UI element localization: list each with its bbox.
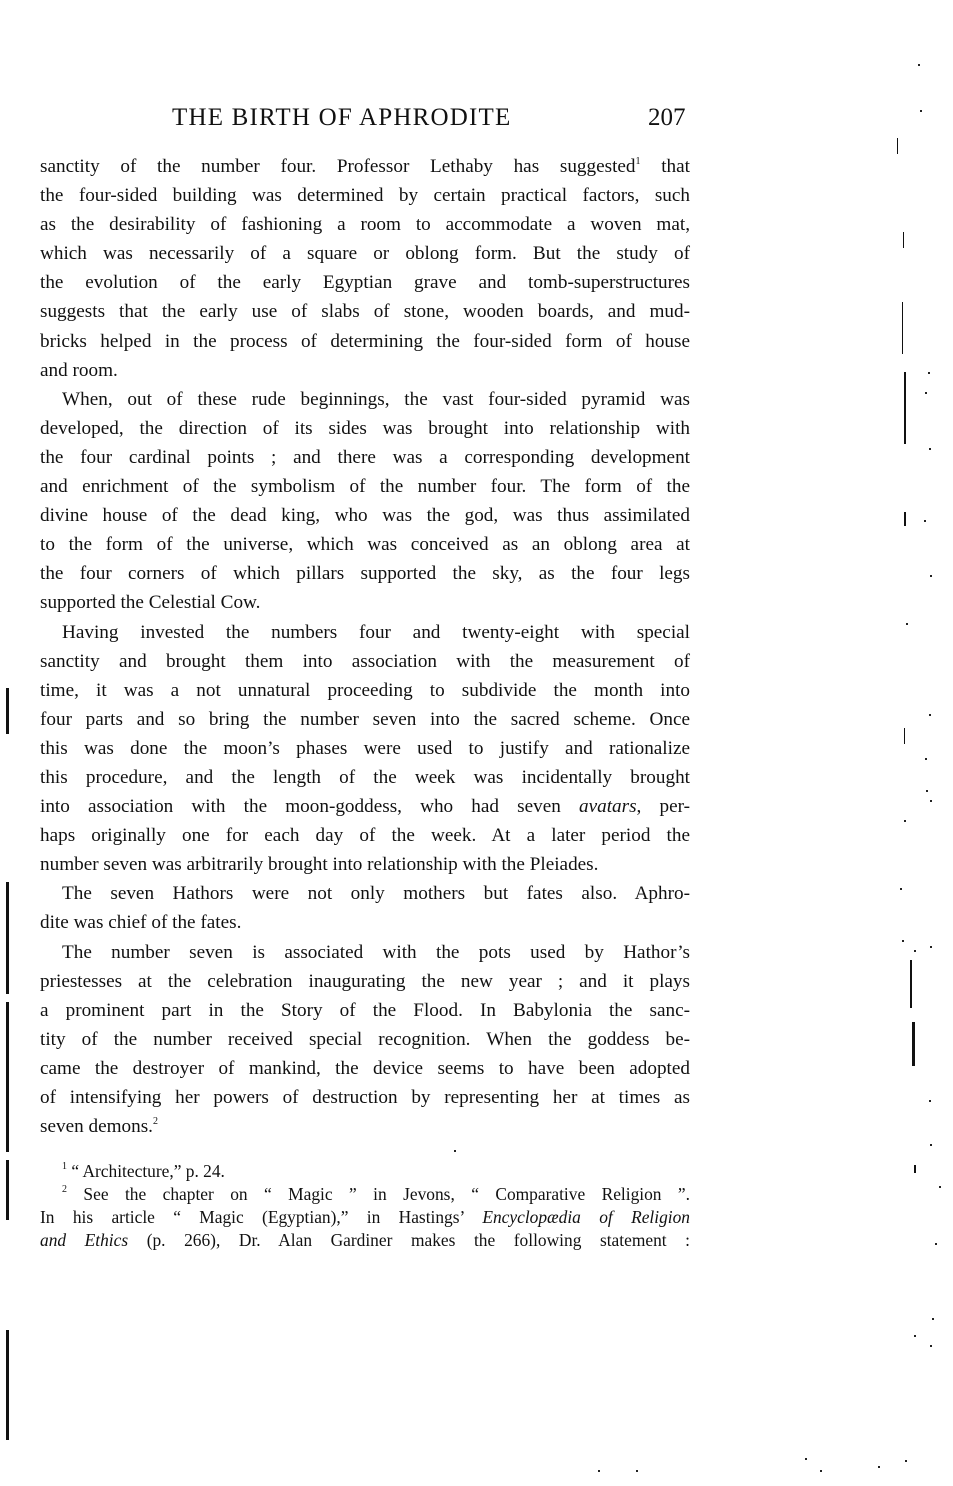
scan-artifact-left-bar [6, 1002, 9, 1152]
scan-speck [914, 1335, 916, 1337]
scan-speck [914, 950, 916, 952]
italic-text: and Ethics [40, 1230, 128, 1250]
scan-artifact-right-mark [904, 512, 906, 526]
body-line: Having invested the numbers four and twe… [40, 618, 690, 647]
body-line: The seven Hathors were not only mothers … [40, 879, 690, 908]
text-run: and room. [40, 360, 118, 381]
text-run: The number seven is associated with the … [62, 942, 690, 963]
footnote-line: In his article “ Magic (Egyptian),” in H… [40, 1206, 690, 1229]
scan-speck [930, 575, 932, 577]
body-line: tity of the number received special reco… [40, 1025, 690, 1054]
scan-speck [906, 623, 908, 625]
text-run: developed, the direction of its sides wa… [40, 418, 690, 439]
footnote-line: 1 “ Architecture,” p. 24. [40, 1160, 690, 1183]
text-run: See the chapter on “ Magic ” in Jevons, … [67, 1184, 690, 1204]
scan-speck [454, 1150, 456, 1152]
scan-speck [904, 820, 906, 822]
body-line: suggests that the early use of slabs of … [40, 297, 690, 326]
scan-speck [928, 372, 930, 374]
text-run: came the destroyer of mankind, the devic… [40, 1058, 690, 1079]
text-run: that [641, 156, 690, 177]
text-run: suggests that the early use of slabs of … [40, 301, 690, 322]
body-line: dite was chief of the fates. [40, 908, 690, 937]
footnotes: 1 “ Architecture,” p. 24.2 See the chapt… [40, 1160, 690, 1252]
text-run: Having invested the numbers four and twe… [62, 622, 690, 643]
body-line: of intensifying her powers of destructio… [40, 1083, 690, 1112]
text-run: the four-sided building was determined b… [40, 185, 690, 206]
text-run: which was necessarily of a square or obl… [40, 243, 690, 264]
text-run: four parts and so bring the number seven… [40, 709, 690, 730]
text-run: as the desirability of fashioning a room… [40, 214, 690, 235]
scan-speck [925, 392, 927, 394]
body-line: to the form of the universe, which was c… [40, 530, 690, 559]
scan-speck [925, 758, 927, 760]
text-run: the evolution of the early Egyptian grav… [40, 272, 690, 293]
body-line: the evolution of the early Egyptian grav… [40, 268, 690, 297]
scan-speck [920, 110, 922, 112]
footnote-marker: 2 [153, 1116, 158, 1127]
text-run: tity of the number received special reco… [40, 1029, 690, 1050]
body-line: haps originally one for each day of the … [40, 821, 690, 850]
scan-artifact-right-mark [904, 728, 905, 744]
scan-speck [930, 1345, 932, 1347]
text-run: In his article “ Magic (Egyptian),” in H… [40, 1207, 482, 1227]
footnote-line: 2 See the chapter on “ Magic ” in Jevons… [40, 1183, 690, 1206]
scan-speck [598, 1470, 600, 1472]
body-line: sanctity of the number four. Professor L… [40, 152, 690, 181]
text-run: and enrichment of the symbolism of the n… [40, 476, 690, 497]
text-run: When, out of these rude beginnings, the … [62, 389, 690, 410]
text-run: to the form of the universe, which was c… [40, 534, 690, 555]
body-line: developed, the direction of its sides wa… [40, 414, 690, 443]
body-line: which was necessarily of a square or obl… [40, 239, 690, 268]
scan-speck [935, 1243, 937, 1245]
text-run: seven demons. [40, 1116, 153, 1137]
body-text: sanctity of the number four. Professor L… [40, 152, 690, 1141]
italic-text: Encyclopædia of Religion [482, 1207, 690, 1227]
text-run: a prominent part in the Story of the Flo… [40, 1000, 690, 1021]
body-line: priestesses at the celebration inaugurat… [40, 967, 690, 996]
scan-speck [929, 1100, 931, 1102]
scan-artifact-left-bar [6, 882, 9, 994]
body-line: When, out of these rude beginnings, the … [40, 385, 690, 414]
body-line: a prominent part in the Story of the Flo… [40, 996, 690, 1025]
body-line: number seven was arbitrarily brought int… [40, 850, 690, 879]
scan-artifact-right-mark [912, 1022, 915, 1066]
scan-speck [929, 448, 931, 450]
scan-artifact-right-mark [903, 232, 904, 248]
body-line: divine house of the dead king, who was t… [40, 501, 690, 530]
text-run: sanctity of the number four. Professor L… [40, 156, 636, 177]
scan-speck [939, 1186, 941, 1188]
scan-artifact-right-mark [914, 1165, 916, 1173]
text-run: The seven Hathors were not only mothers … [62, 883, 690, 904]
body-line: this was done the moon’s phases were use… [40, 734, 690, 763]
scan-artifact-left-bar [6, 688, 9, 734]
scan-artifact-right-mark [904, 372, 906, 444]
scan-speck [878, 1466, 880, 1468]
body-line: the four cardinal points ; and there was… [40, 443, 690, 472]
scan-speck [930, 800, 932, 802]
scan-speck [924, 520, 926, 522]
scan-speck [930, 946, 932, 948]
running-head-title: THE BIRTH OF APHRODITE [172, 104, 512, 132]
scan-artifact-right-mark [902, 302, 903, 354]
body-line: time, it was a not unnatural proceeding … [40, 676, 690, 705]
body-line: bricks helped in the process of determin… [40, 327, 690, 356]
scan-speck [918, 64, 920, 66]
scan-speck [905, 1460, 907, 1462]
scan-artifact-right-mark [897, 138, 898, 154]
text-run: sanctity and brought them into associati… [40, 651, 690, 672]
body-line: supported the Celestial Cow. [40, 588, 690, 617]
body-line: the four-sided building was determined b… [40, 181, 690, 210]
scan-speck [805, 1458, 807, 1460]
body-line: four parts and so bring the number seven… [40, 705, 690, 734]
text-run: bricks helped in the process of determin… [40, 331, 690, 352]
scan-speck [900, 888, 902, 890]
scan-artifact-left-bar [6, 1330, 9, 1440]
text-run: number seven was arbitrarily brought int… [40, 854, 598, 875]
page-number: 207 [648, 104, 686, 132]
body-line: into association with the moon-goddess, … [40, 792, 690, 821]
scan-speck [902, 940, 904, 942]
text-run: priestesses at the celebration inaugurat… [40, 971, 690, 992]
body-line: sanctity and brought them into associati… [40, 647, 690, 676]
footnote-line: and Ethics (p. 266), Dr. Alan Gardiner m… [40, 1229, 690, 1252]
text-run: dite was chief of the fates. [40, 912, 241, 933]
body-line: came the destroyer of mankind, the devic… [40, 1054, 690, 1083]
scan-artifact-left-bar [6, 1160, 9, 1220]
scan-speck [932, 1318, 934, 1320]
scan-artifact-right-mark [910, 960, 912, 1008]
book-page: THE BIRTH OF APHRODITE 207 sanctity of t… [0, 0, 953, 1486]
text-run: haps originally one for each day of the … [40, 825, 690, 846]
body-line: the four corners of which pillars suppor… [40, 559, 690, 588]
body-line: and enrichment of the symbolism of the n… [40, 472, 690, 501]
scan-speck [636, 1470, 638, 1472]
text-run: this procedure, and the length of the we… [40, 767, 690, 788]
text-run: the four corners of which pillars suppor… [40, 563, 690, 584]
text-run: of intensifying her powers of destructio… [40, 1087, 690, 1108]
body-line: this procedure, and the length of the we… [40, 763, 690, 792]
body-line: and room. [40, 356, 690, 385]
text-run: the four cardinal points ; and there was… [40, 447, 690, 468]
body-line: seven demons.2 [40, 1112, 690, 1141]
body-line: The number seven is associated with the … [40, 938, 690, 967]
text-run: supported the Celestial Cow. [40, 592, 260, 613]
text-run: this was done the moon’s phases were use… [40, 738, 690, 759]
text-run: , per- [637, 796, 690, 817]
scan-speck [926, 790, 928, 792]
text-run: “ Architecture,” p. 24. [67, 1161, 225, 1181]
scan-speck [930, 1144, 932, 1146]
scan-speck [929, 714, 931, 716]
italic-text: avatars [579, 796, 637, 817]
body-line: as the desirability of fashioning a room… [40, 210, 690, 239]
text-run: time, it was a not unnatural proceeding … [40, 680, 690, 701]
scan-speck [820, 1470, 822, 1472]
text-run: (p. 266), Dr. Alan Gardiner makes the fo… [128, 1230, 690, 1250]
text-run: into association with the moon-goddess, … [40, 796, 579, 817]
text-run: divine house of the dead king, who was t… [40, 505, 690, 526]
